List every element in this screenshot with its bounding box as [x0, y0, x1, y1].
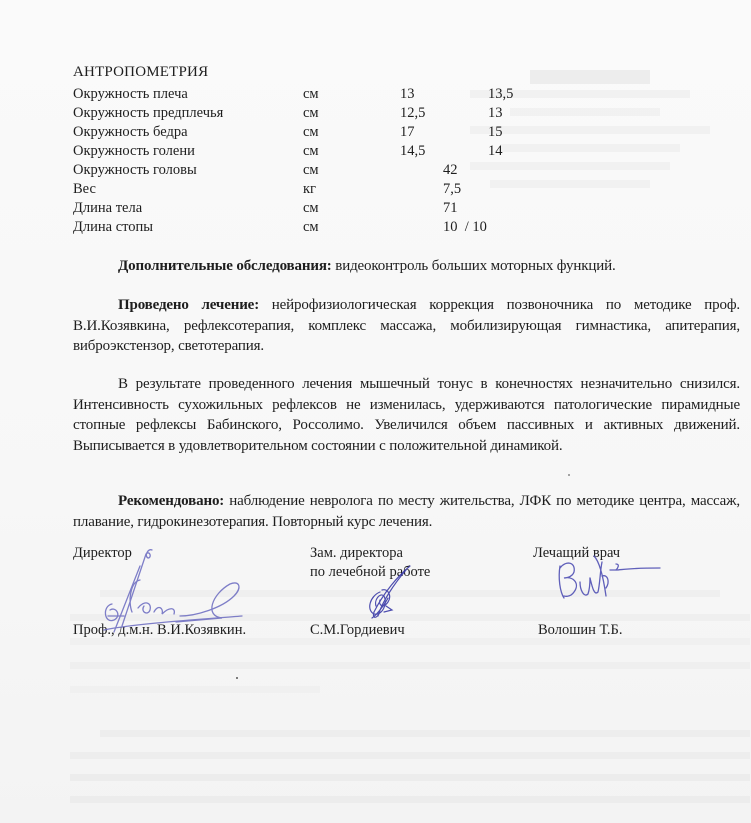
recommendation-paragraph: Рекомендовано: наблюдение невролога по м… — [73, 491, 740, 532]
row-value-right: 13 — [488, 104, 503, 123]
row-value-left: 14,5 — [400, 142, 425, 161]
additional-exams-text: видеоконтроль больших моторных функций. — [332, 258, 616, 274]
row-unit: см — [303, 199, 319, 218]
row-label: Окружность плеча — [73, 85, 188, 104]
anthro-row-head: Окружность головы см 42 — [0, 161, 751, 180]
deputy-title-line1: Зам. директора — [310, 544, 403, 563]
row-value: 71 — [443, 199, 458, 218]
row-label: Длина стопы — [73, 218, 153, 237]
row-label: Окружность головы — [73, 161, 197, 180]
scanned-page: АНТРОПОМЕТРИЯ Окружность плеча см 13 13,… — [0, 0, 751, 823]
anthro-row-thigh: Окружность бедра см 17 15 — [0, 123, 751, 142]
physician-name: Волошин Т.Б. — [538, 621, 623, 640]
row-value: 42 — [443, 161, 458, 180]
physician-title: Лечащий врач — [533, 544, 620, 563]
director-name: Проф., д.м.н. В.И.Козявкин. — [73, 621, 246, 640]
row-label: Окружность бедра — [73, 123, 188, 142]
row-value: 10 / 10 — [443, 218, 487, 237]
stray-mark — [236, 677, 238, 679]
additional-exams-paragraph: Дополнительные обследования: видеоконтро… — [73, 256, 740, 277]
row-unit: см — [303, 104, 319, 123]
row-label: Окружность голени — [73, 142, 195, 161]
anthro-row-weight: Вес кг 7,5 — [0, 180, 751, 199]
treatment-heading: Проведено лечение: — [118, 297, 259, 313]
director-title: Директор — [73, 544, 132, 563]
row-unit: кг — [303, 180, 316, 199]
row-value-right: 15 — [488, 123, 503, 142]
row-unit: см — [303, 123, 319, 142]
deputy-name: С.М.Гордиевич — [310, 621, 405, 640]
row-value: 7,5 — [443, 180, 461, 199]
row-value-right: 13,5 — [488, 85, 513, 104]
anthropometry-title: АНТРОПОМЕТРИЯ — [73, 64, 208, 81]
row-unit: см — [303, 218, 319, 237]
treatment-paragraph: Проведено лечение: нейрофизиологическая … — [73, 295, 740, 357]
anthro-row-shoulder: Окружность плеча см 13 13,5 — [0, 85, 751, 104]
anthro-row-body-length: Длина тела см 71 — [0, 199, 751, 218]
row-unit: см — [303, 142, 319, 161]
row-unit: см — [303, 85, 319, 104]
row-unit: см — [303, 161, 319, 180]
row-label: Окружность предплечья — [73, 104, 223, 123]
anthro-row-foot-length: Длина стопы см 10 / 10 — [0, 218, 751, 237]
row-value-left: 13 — [400, 85, 415, 104]
stray-mark — [568, 474, 570, 476]
row-label: Длина тела — [73, 199, 142, 218]
anthro-row-forearm: Окружность предплечья см 12,5 13 — [0, 104, 751, 123]
anthro-row-shin: Окружность голени см 14,5 14 — [0, 142, 751, 161]
row-value-left: 17 — [400, 123, 415, 142]
row-value-left: 12,5 — [400, 104, 425, 123]
deputy-title-line2: по лечебной работе — [310, 563, 430, 582]
additional-exams-heading: Дополнительные обследования: — [118, 258, 332, 274]
recommendation-heading: Рекомендовано: — [118, 493, 224, 509]
row-value-right: 14 — [488, 142, 503, 161]
row-label: Вес — [73, 180, 96, 199]
result-paragraph: В результате проведенного лечения мышечн… — [73, 374, 740, 456]
